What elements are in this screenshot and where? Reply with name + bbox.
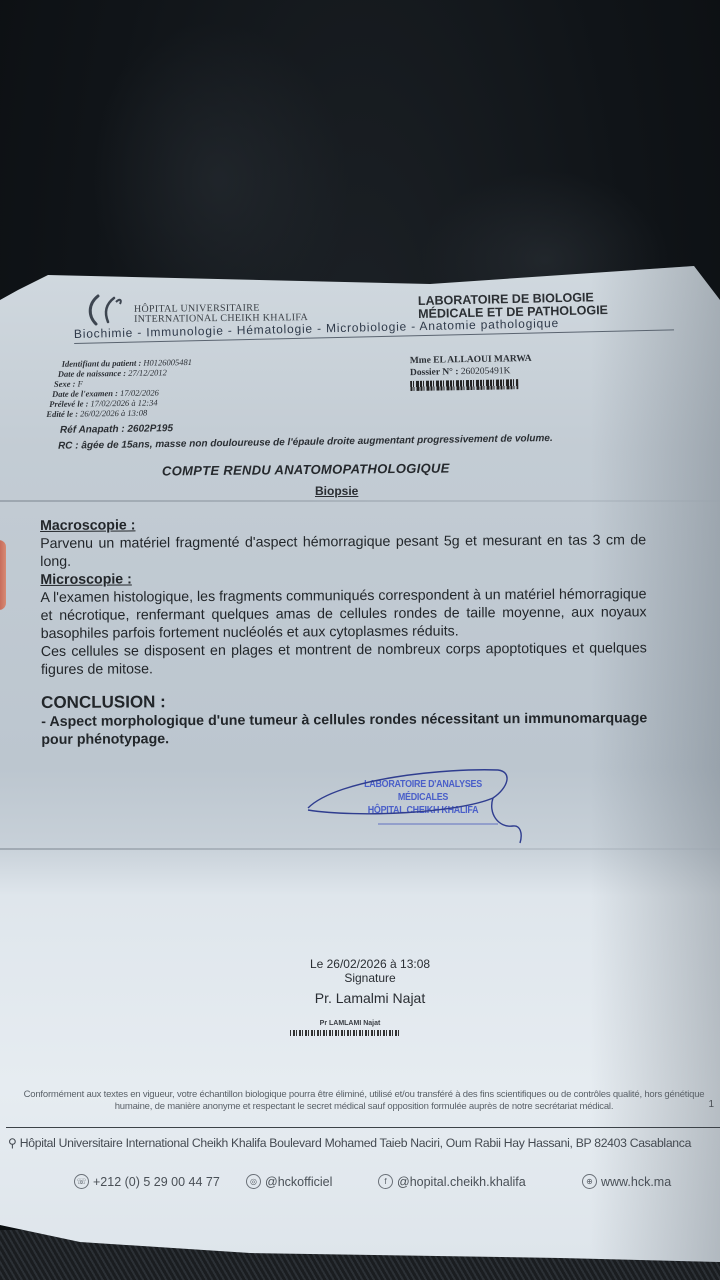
anapath-reference: Réf Anapath : 2602P195 <box>60 423 173 436</box>
hospital-address: ⚲ Hôpital Universitaire International Ch… <box>8 1136 691 1150</box>
pathology-report: HÔPITAL UNIVERSITAIRE INTERNATIONAL CHEI… <box>0 0 720 1280</box>
microscopy-text-2: Ces cellules se disposent en plages et m… <box>41 639 647 679</box>
barcode <box>290 1030 400 1036</box>
footer-divider <box>6 1127 720 1128</box>
legal-notice: Conformément aux textes en vigueur, votr… <box>8 1089 720 1113</box>
signature-date: Le 26/02/2026 à 13:08 <box>10 957 720 971</box>
globe-icon: ⊕ <box>582 1174 597 1189</box>
microscopy-text: A l'examen histologique, les fragments c… <box>40 585 646 643</box>
instagram-icon: ◎ <box>246 1174 261 1189</box>
contact-instagram: ◎ @hckofficiel <box>246 1174 332 1189</box>
report-title: COMPTE RENDU ANATOMOPATHOLOGIQUE <box>162 460 450 478</box>
doctor-stamp: Pr LAMLAMI Najat <box>290 1020 410 1060</box>
report-subtitle: Biopsie <box>315 484 358 498</box>
page-number: 1 <box>708 1099 714 1110</box>
phone-icon: ☏ <box>74 1174 89 1189</box>
patient-identity: Mme EL ALLAOUI MARWA Dossier N° : 260205… <box>410 353 532 391</box>
barcode <box>410 379 518 391</box>
contact-facebook: f @hopital.cheikh.khalifa <box>378 1174 526 1189</box>
dossier-number: Dossier N° : 260205491K <box>410 365 532 379</box>
macroscopy-text: Parvenu un matériel fragmenté d'aspect h… <box>40 531 646 571</box>
report-body: Macroscopie : Parvenu un matériel fragme… <box>40 513 647 749</box>
signatory-name: Pr. Lamalmi Najat <box>10 988 720 1008</box>
lab-stamp: LABORATOIRE D'ANALYSES MÉDICALES HÔPITAL… <box>298 758 538 848</box>
facebook-icon: f <box>378 1174 393 1189</box>
patient-name: Mme EL ALLAOUI MARWA <box>410 353 532 367</box>
signature-label: Signature <box>10 971 720 985</box>
contact-phone: ☏ +212 (0) 5 29 00 44 77 <box>74 1174 220 1189</box>
signature-block: Le 26/02/2026 à 13:08 Signature Pr. Lama… <box>0 957 720 1008</box>
contact-website: ⊕ www.hck.ma <box>582 1174 671 1189</box>
hospital-logo-icon <box>84 292 124 328</box>
handwritten-signature <box>298 758 538 848</box>
edited-date: Edité le : 26/02/2026 à 13:08 <box>46 407 192 419</box>
location-pin-icon: ⚲ <box>8 1136 17 1150</box>
conclusion-text: - Aspect morphologique d'une tumeur à ce… <box>41 709 647 749</box>
patient-info: Identifiant du patient : H0126005481 Dat… <box>46 357 193 419</box>
